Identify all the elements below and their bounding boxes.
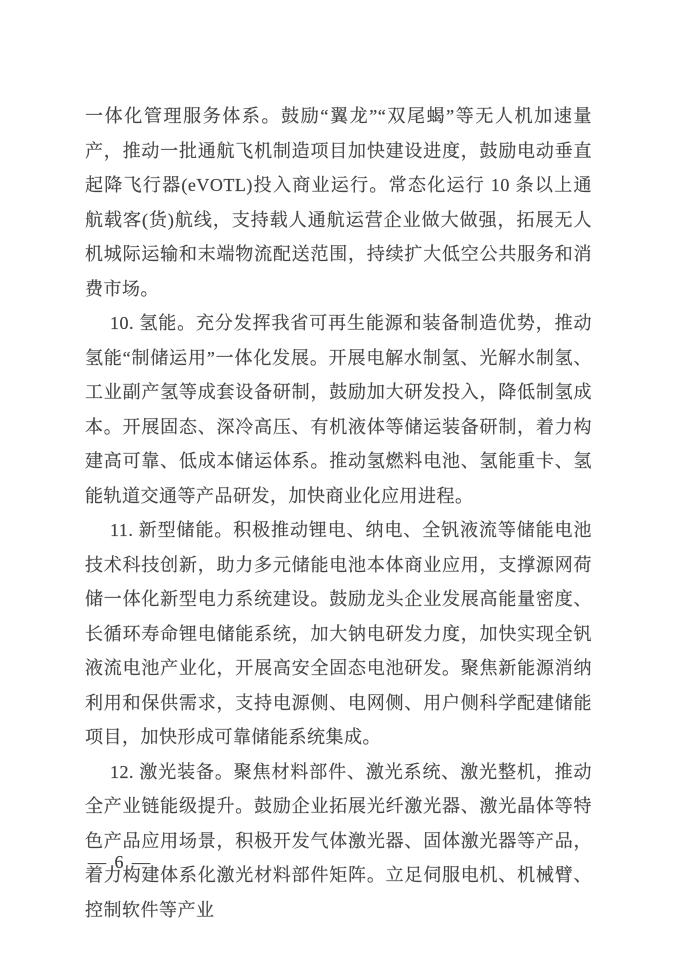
document-page: 一体化管理服务体系。鼓励“翼龙”“双尾蝎”等无人机加速量产，推动一批通航飞机制造… bbox=[0, 0, 677, 957]
paragraph-item-11-new-energy-storage: 11. 新型储能。积极推动锂电、纳电、全钒液流等储能电池技术科技创新，助力多元储… bbox=[85, 513, 592, 755]
paragraph-item-10-hydrogen-energy: 10. 氢能。充分发挥我省可再生能源和装备制造优势，推动氢能“制储运用”一体化发… bbox=[85, 306, 592, 513]
paragraph-continuation-low-altitude-economy: 一体化管理服务体系。鼓励“翼龙”“双尾蝎”等无人机加速量产，推动一批通航飞机制造… bbox=[85, 99, 592, 306]
document-body: 一体化管理服务体系。鼓励“翼龙”“双尾蝎”等无人机加速量产，推动一批通航飞机制造… bbox=[85, 99, 592, 927]
page-number-footer: — 6 — bbox=[88, 847, 152, 877]
paragraph-item-12-laser-equipment: 12. 激光装备。聚焦材料部件、激光系统、激光整机，推动全产业链能级提升。鼓励企… bbox=[85, 755, 592, 928]
